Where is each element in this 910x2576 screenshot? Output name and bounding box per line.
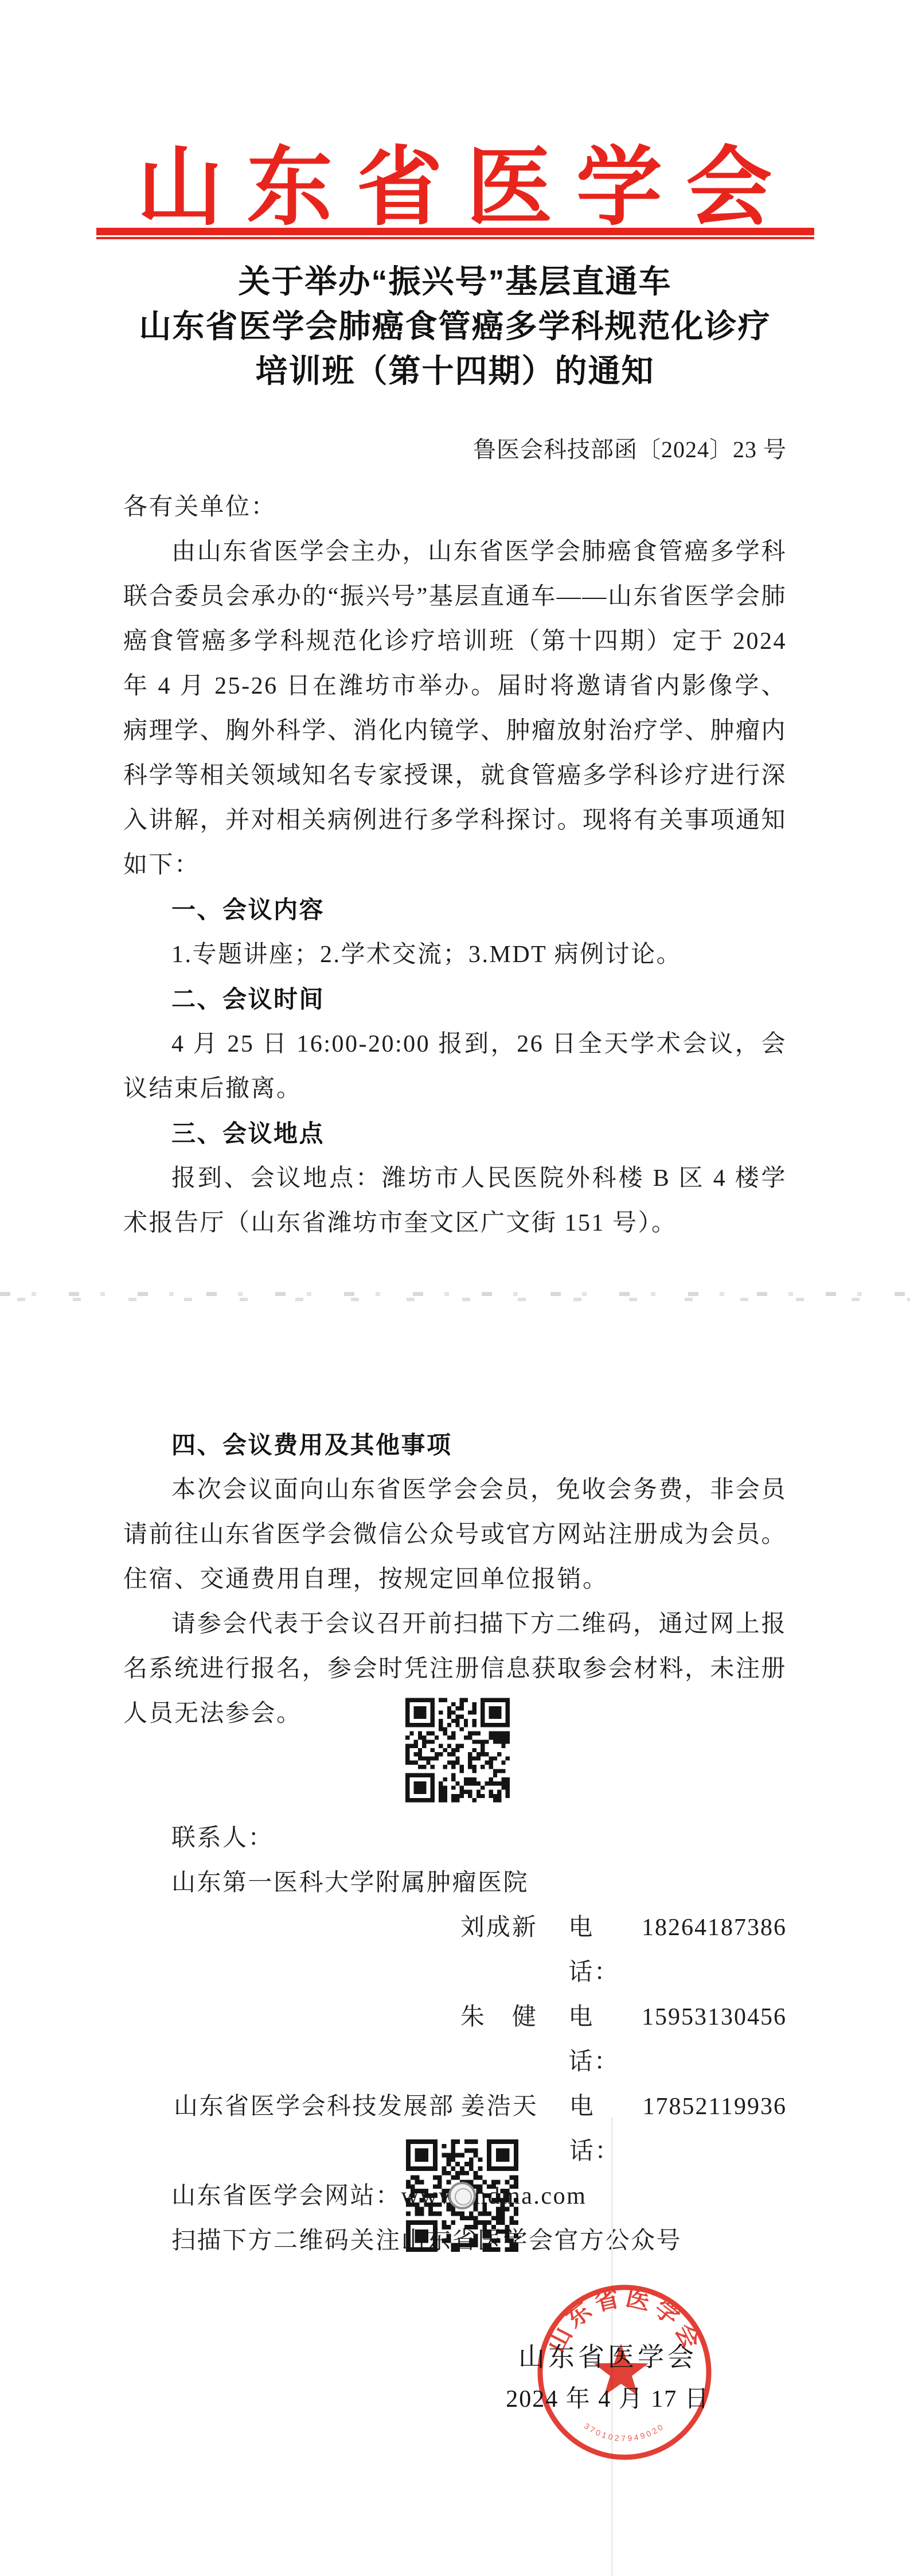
contact-phone-label: 电话： — [568, 1995, 642, 2084]
notice-title-line-3: 培训班（第十四期）的通知 — [0, 349, 910, 394]
letterhead-rule-thin — [96, 237, 814, 239]
website-label: 山东省医学会网站： — [171, 2183, 401, 2209]
notice-title-line-2: 山东省医学会肺癌食管癌多学科规范化诊疗 — [0, 304, 910, 349]
contact-row: 朱 健 电话： 15953130456 — [123, 1995, 787, 2084]
body-page-1: 各有关单位： 由山东省医学会主办，山东省医学会肺癌食管癌多学科联合委员会承办的“… — [123, 485, 787, 1246]
letterhead-rule — [96, 228, 814, 239]
contact-row: 刘成新 电话： 18264187386 — [123, 1905, 787, 1995]
salutation: 各有关单位： — [123, 485, 787, 530]
signature-org: 山东省医学会 — [516, 2336, 700, 2374]
contacts-label: 联系人： — [123, 1816, 787, 1861]
section-paragraph-2: 4 月 25 日 16:00-20:00 报到，26 日全天学术会议，会议结束后… — [123, 1022, 787, 1111]
scanned-notice-document: 山 东 省 医 学 会 关于举办“振兴号”基层直通车 山东省医学会肺癌食管癌多学… — [0, 0, 910, 2576]
contact-name: 朱 健 — [460, 1995, 569, 2084]
body-page-2: 四、会议费用及其他事项 本次会议面向山东省医学会会员，免收会务费，非会员请前往山… — [123, 1423, 787, 1736]
notice-title: 关于举办“振兴号”基层直通车 山东省医学会肺癌食管癌多学科规范化诊疗 培训班（第… — [0, 259, 910, 394]
signature-date: 2024 年 4 月 17 日 — [493, 2380, 722, 2414]
letterhead-org-title: 山 东 省 医 学 会 — [0, 118, 910, 242]
section-heading-2: 二、会议时间 — [123, 977, 787, 1022]
page-break-divider — [0, 1290, 910, 1305]
notice-title-line-1: 关于举办“振兴号”基层直通车 — [0, 259, 910, 304]
contact-phone-label: 电话： — [569, 2084, 643, 2174]
letterhead-rule-thick — [96, 228, 814, 235]
section-paragraph-4a: 本次会议面向山东省医学会会员，免收会务费，非会员请前往山东省医学会微信公众号或官… — [123, 1468, 787, 1602]
contact-phone: 17852119936 — [643, 2084, 787, 2174]
registration-qr-code — [405, 1697, 510, 1803]
official-account-qr-code — [406, 2139, 518, 2252]
section-heading-4: 四、会议费用及其他事项 — [123, 1423, 787, 1468]
intro-paragraph: 由山东省医学会主办，山东省医学会肺癌食管癌多学科联合委员会承办的“振兴号”基层直… — [123, 530, 787, 888]
section-paragraph-3: 报到、会议地点：潍坊市人民医院外科楼 B 区 4 楼学术报告厅（山东省潍坊市奎文… — [123, 1156, 787, 1246]
contact-org — [174, 1905, 460, 1995]
seal-code: 3701027949020 — [583, 2421, 666, 2443]
contact-phone: 18264187386 — [642, 1905, 787, 1995]
qr-center-logo-icon — [448, 2182, 476, 2209]
section-heading-3: 三、会议地点 — [123, 1111, 787, 1156]
document-number: 鲁医会科技部函〔2024〕23 号 — [123, 431, 790, 464]
section-paragraph-1: 1.专题讲座；2.学术交流；3.MDT 病例讨论。 — [123, 932, 787, 977]
contact-org — [174, 1995, 460, 2084]
contact-phone: 15953130456 — [642, 1995, 787, 2084]
contact-name: 刘成新 — [460, 1905, 569, 1995]
section-heading-1: 一、会议内容 — [123, 888, 787, 932]
contact-phone-label: 电话： — [568, 1905, 642, 1995]
hospital-name: 山东第一医科大学附属肿瘤医院 — [123, 1861, 787, 1905]
